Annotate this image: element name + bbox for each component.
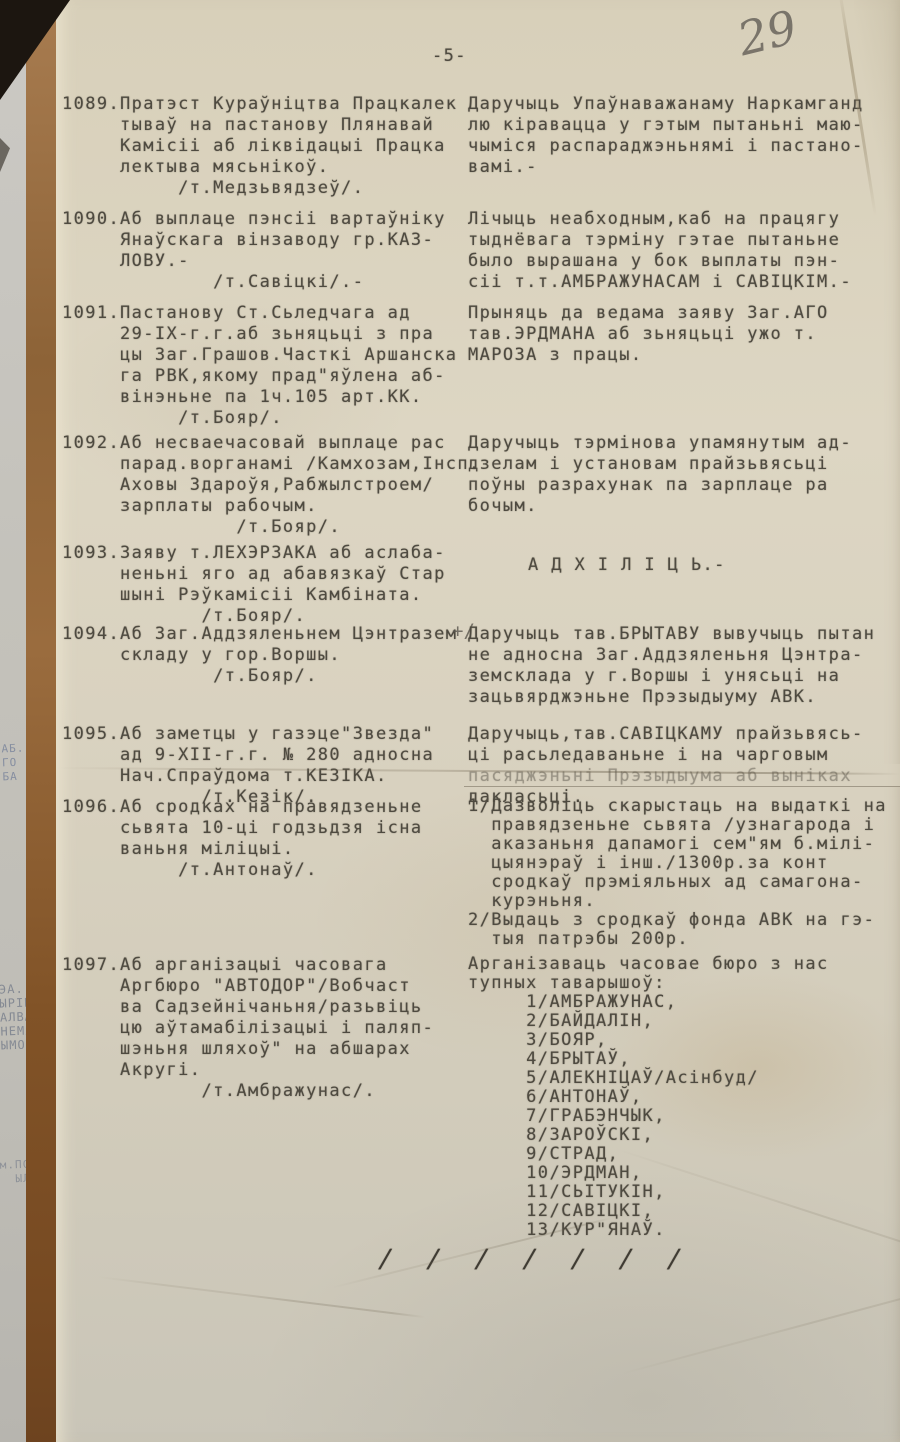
item-resolution: 1/Дазволіць скарыстаць на выдаткі на пра… (468, 797, 900, 949)
item-number: 1097. (62, 955, 120, 976)
bottom-crease (621, 1287, 900, 1374)
item-question: Аб выплаце пэнсіі вартаўніку Янаўскага в… (120, 209, 472, 293)
item-question: Пастанову Ст.Сьледчага ад 29-ІХ-г.г.аб з… (120, 303, 472, 429)
item-number: 1089. (62, 94, 120, 115)
item-question: Аб арганізацыі часовага Аргбюро "АВТОДОР… (120, 955, 472, 1102)
item-resolution: Даручыць Упаўнаважанаму Наркамганд лю кі… (468, 94, 900, 178)
item-resolution: Даручыць тав.БРЫТАВУ вывучыць пытан не а… (468, 624, 900, 708)
item-resolution: Лічыць неабходным,каб на працягу тыднёва… (468, 209, 900, 293)
item-number: 1091. (62, 303, 120, 324)
end-of-text-slashes: / / / / / / / (376, 1244, 692, 1273)
item-resolution: Прыняць да ведама заяву Заг.АГО тав.ЭРДМ… (468, 303, 900, 366)
item-resolution: Даручыць тэрмінова упамянутым ад- дзелам… (468, 433, 900, 517)
item-number: 1096. (62, 797, 120, 818)
page-number: -5- (432, 46, 467, 67)
item-number: 1092. (62, 433, 120, 454)
bleed-through-text: АБ. ГО БА (1, 742, 25, 785)
item-number: 1094. (62, 624, 120, 645)
item-number: 1090. (62, 209, 120, 230)
document-page: 29 -5- 1089. Пратэст Кураўніцтва Працкал… (56, 0, 900, 1442)
item-number: 1093. (62, 543, 120, 564)
item-resolution: Арганізаваць часовае бюро з нас тупных т… (468, 955, 900, 1240)
handwritten-sheet-number: 29 (732, 0, 802, 66)
item-question: Аб сродках на правядзеньне сьвята 10-ці … (120, 797, 472, 881)
item-question: Аб несваечасовай выплаце рас парад.ворга… (120, 433, 472, 538)
bottom-crease (97, 1276, 425, 1318)
item-question: Заяву т.ЛЕХЭРЗАКА аб аслаба- неньні яго … (120, 543, 472, 627)
item-question: Пратэст Кураўніцтва Працкалек тываў на п… (120, 94, 472, 199)
archival-document-scan: АБ. ГО БА ЭА. ЫРІН АЛВА НЕМЯ ЫМОВ м.ПС.І… (0, 0, 900, 1442)
corner-shade (854, 0, 900, 220)
item-number: 1095. (62, 724, 120, 745)
item-question: Аб Заг.Аддзяленьнем Цэнтразем складу у г… (120, 624, 472, 687)
crease-faded-line (464, 764, 900, 787)
item-question: Аб заметцы у газэце"Звезда" ад 9-ХІІ-г.г… (120, 724, 472, 808)
item-resolution: А Д Х І Л І Ц Ь.- (528, 555, 900, 576)
